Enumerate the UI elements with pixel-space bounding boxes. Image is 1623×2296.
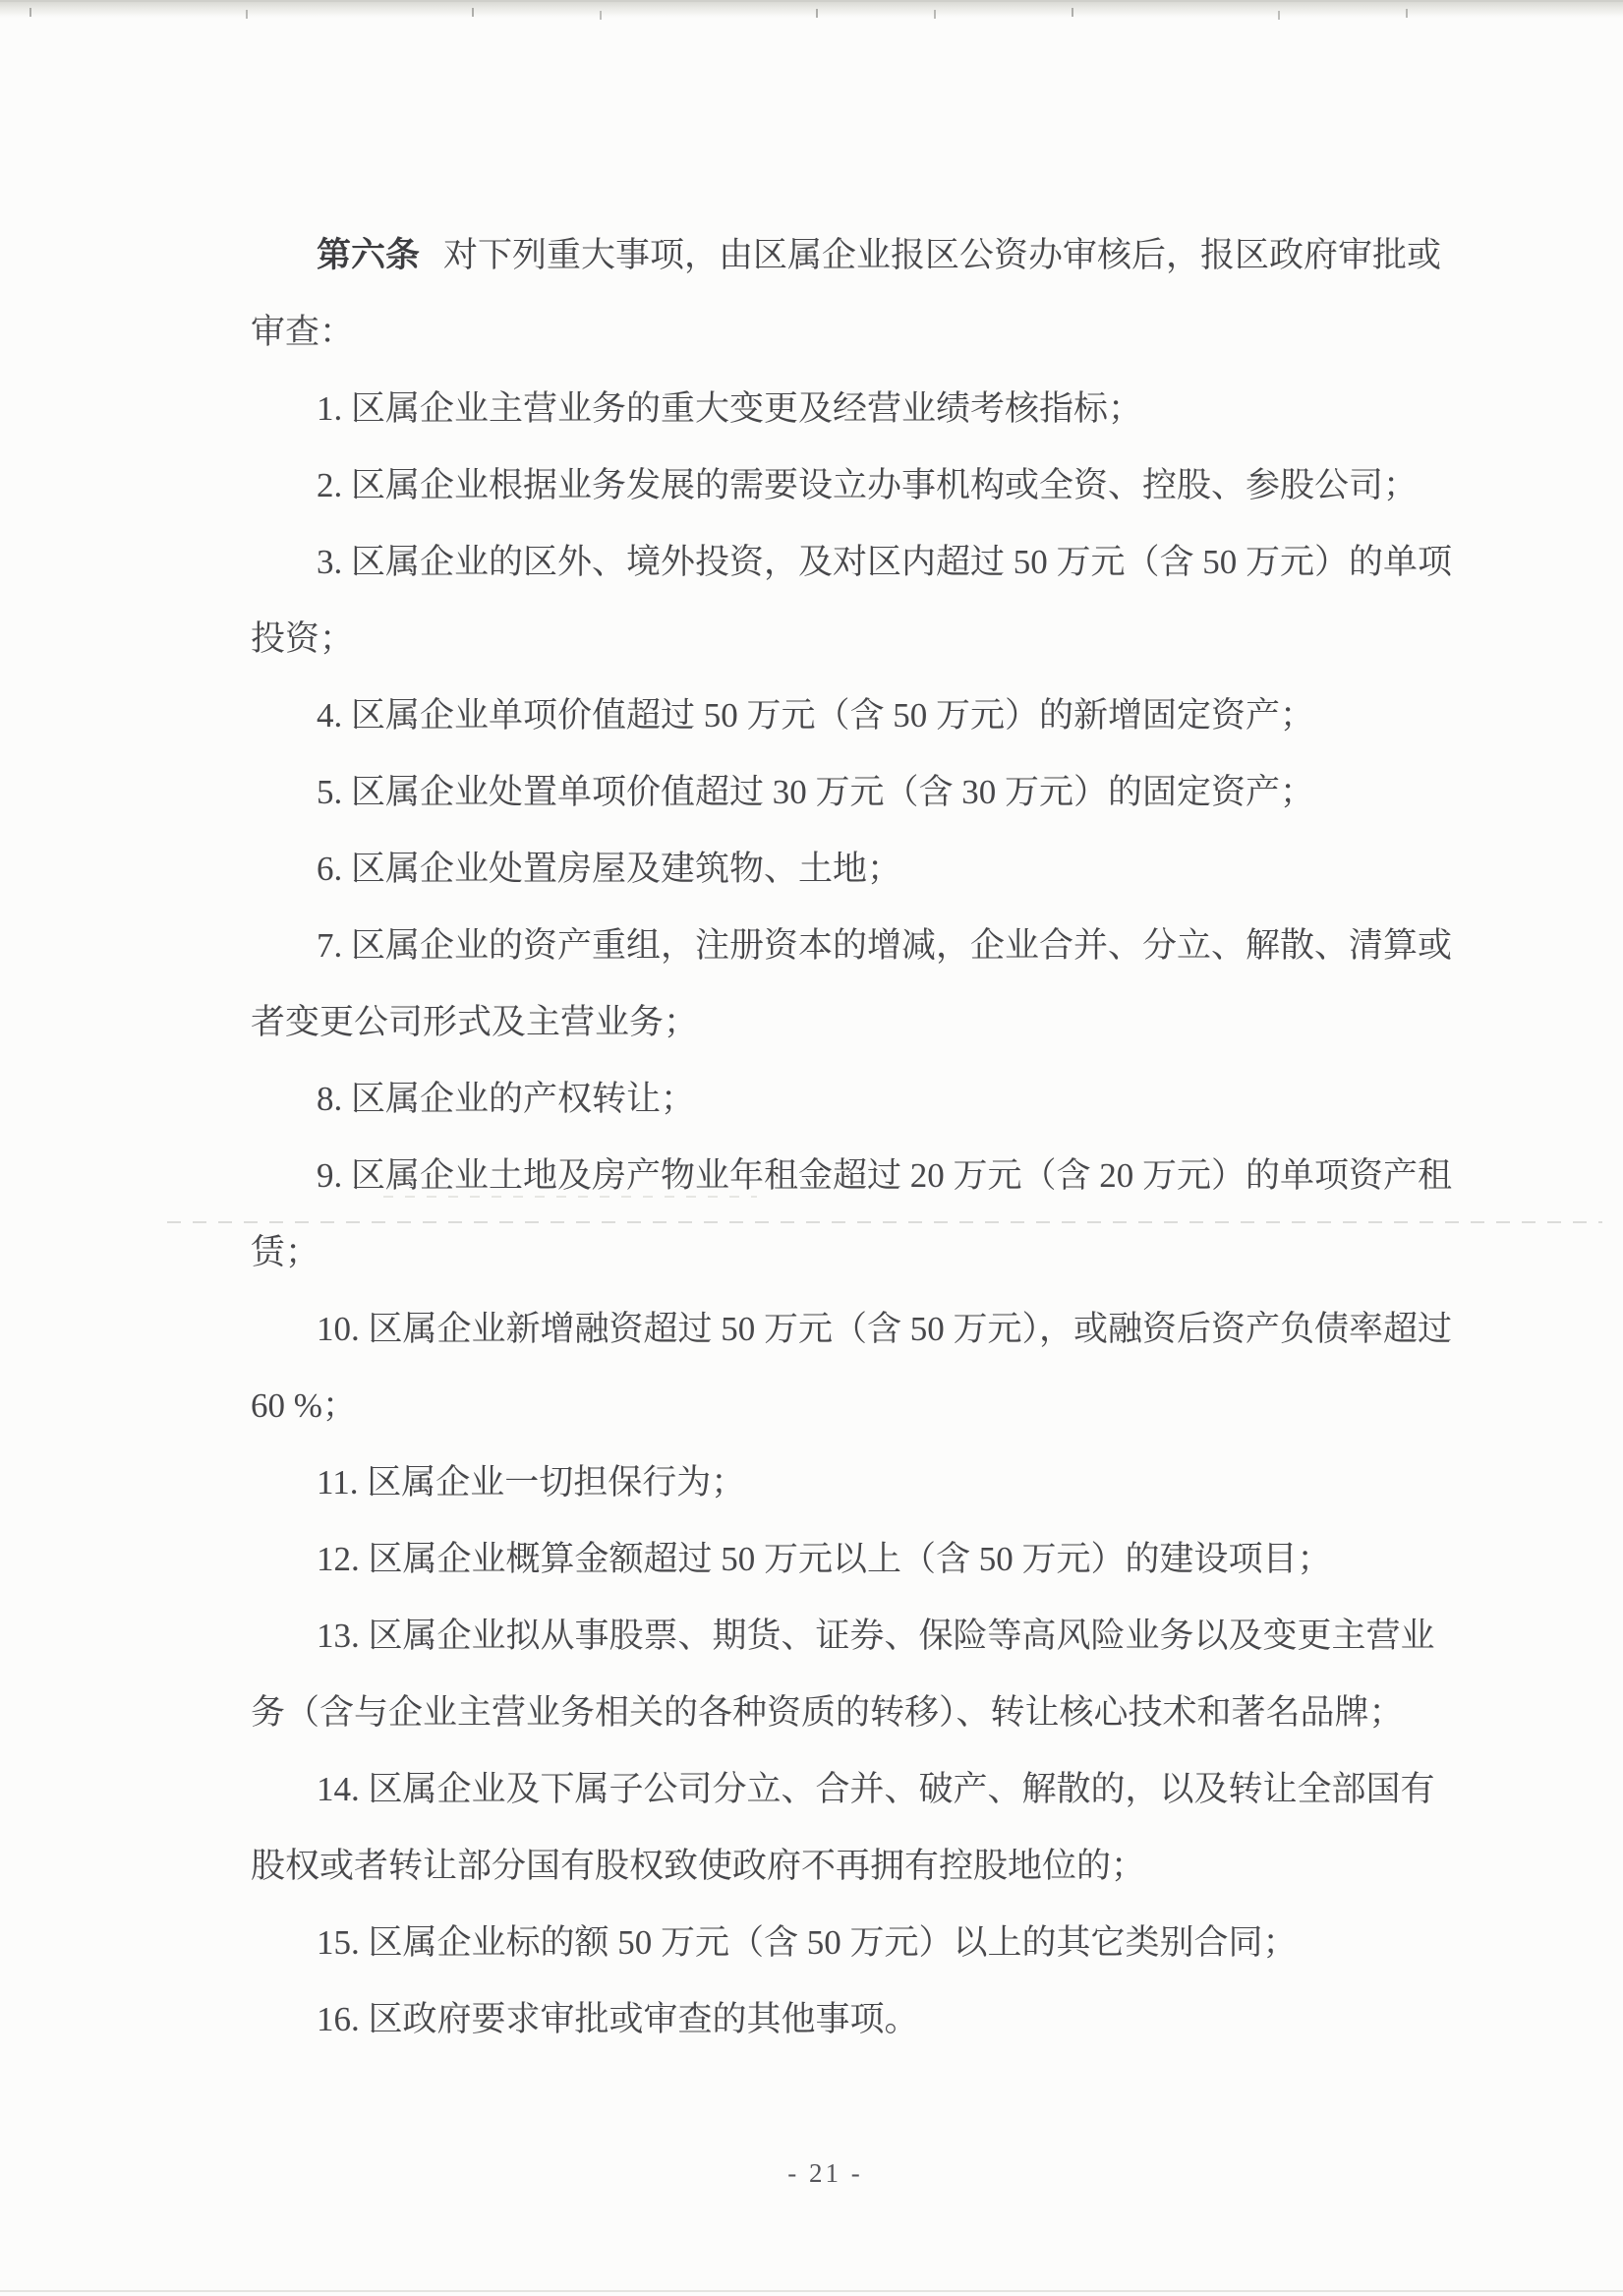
text-line: 者变更公司形式及主营业务； bbox=[0, 984, 1623, 1061]
page-number: - 21 - bbox=[0, 2135, 1623, 2211]
text-line: 7. 区属企业的资产重组，注册资本的增减，企业合并、分立、解散、清算或 bbox=[0, 908, 1623, 984]
text-line: 务（含与企业主营业务相关的各种资质的转移）、转让核心技术和著名品牌； bbox=[0, 1675, 1623, 1751]
text-line: 4. 区属企业单项价值超过 50 万元（含 50 万元）的新增固定资产； bbox=[0, 677, 1623, 754]
spacer-line bbox=[0, 2058, 1623, 2135]
text-line: 股权或者转让部分国有股权致使政府不再拥有控股地位的； bbox=[0, 1828, 1623, 1905]
text-line: 12. 区属企业概算金额超过 50 万元以上（含 50 万元）的建设项目； bbox=[0, 1521, 1623, 1598]
text-line: 13. 区属企业拟从事股票、期货、证券、保险等高风险业务以及变更主营业 bbox=[0, 1598, 1623, 1675]
text-line: 投资； bbox=[0, 601, 1623, 677]
text-line: 60 %； bbox=[0, 1368, 1623, 1444]
document-body: 第六条对下列重大事项，由区属企业报区公资办审核后，报区政府审批或审查：1. 区属… bbox=[0, 217, 1623, 2211]
scan-noise-specks bbox=[29, 8, 31, 17]
text-line: 1. 区属企业主营业务的重大变更及经营业绩考核指标； bbox=[0, 371, 1623, 447]
text-line: 11. 区属企业一切担保行为； bbox=[0, 1444, 1623, 1521]
text-line: 16. 区政府要求审批或审查的其他事项。 bbox=[0, 1981, 1623, 2058]
text-line: 14. 区属企业及下属子公司分立、合并、破产、解散的，以及转让全部国有 bbox=[0, 1751, 1623, 1828]
heading-line: 第六条对下列重大事项，由区属企业报区公资办审核后，报区政府审批或 bbox=[0, 217, 1623, 294]
text-line: 2. 区属企业根据业务发展的需要设立办事机构或全资、控股、参股公司； bbox=[0, 447, 1623, 524]
text-line: 赁； bbox=[0, 1214, 1623, 1291]
text-line: 10. 区属企业新增融资超过 50 万元（含 50 万元），或融资后资产负债率超… bbox=[0, 1291, 1623, 1368]
scan-edge-top bbox=[0, 0, 1623, 18]
document-page: 第六条对下列重大事项，由区属企业报区公资办审核后，报区政府审批或审查：1. 区属… bbox=[0, 0, 1623, 2296]
article-number: 第六条 bbox=[317, 236, 420, 274]
scan-edge-bottom bbox=[0, 2290, 1623, 2292]
text-line: 5. 区属企业处置单项价值超过 30 万元（含 30 万元）的固定资产； bbox=[0, 754, 1623, 831]
text-line: 审查： bbox=[0, 294, 1623, 371]
text-line: 3. 区属企业的区外、境外投资，及对区内超过 50 万元（含 50 万元）的单项 bbox=[0, 524, 1623, 601]
text-line: 15. 区属企业标的额 50 万元（含 50 万元）以上的其它类别合同； bbox=[0, 1905, 1623, 1981]
text-line: 6. 区属企业处置房屋及建筑物、土地； bbox=[0, 831, 1623, 908]
text-line: 8. 区属企业的产权转让； bbox=[0, 1061, 1623, 1138]
text-line: 9. 区属企业土地及房产物业年租金超过 20 万元（含 20 万元）的单项资产租 bbox=[0, 1138, 1623, 1214]
